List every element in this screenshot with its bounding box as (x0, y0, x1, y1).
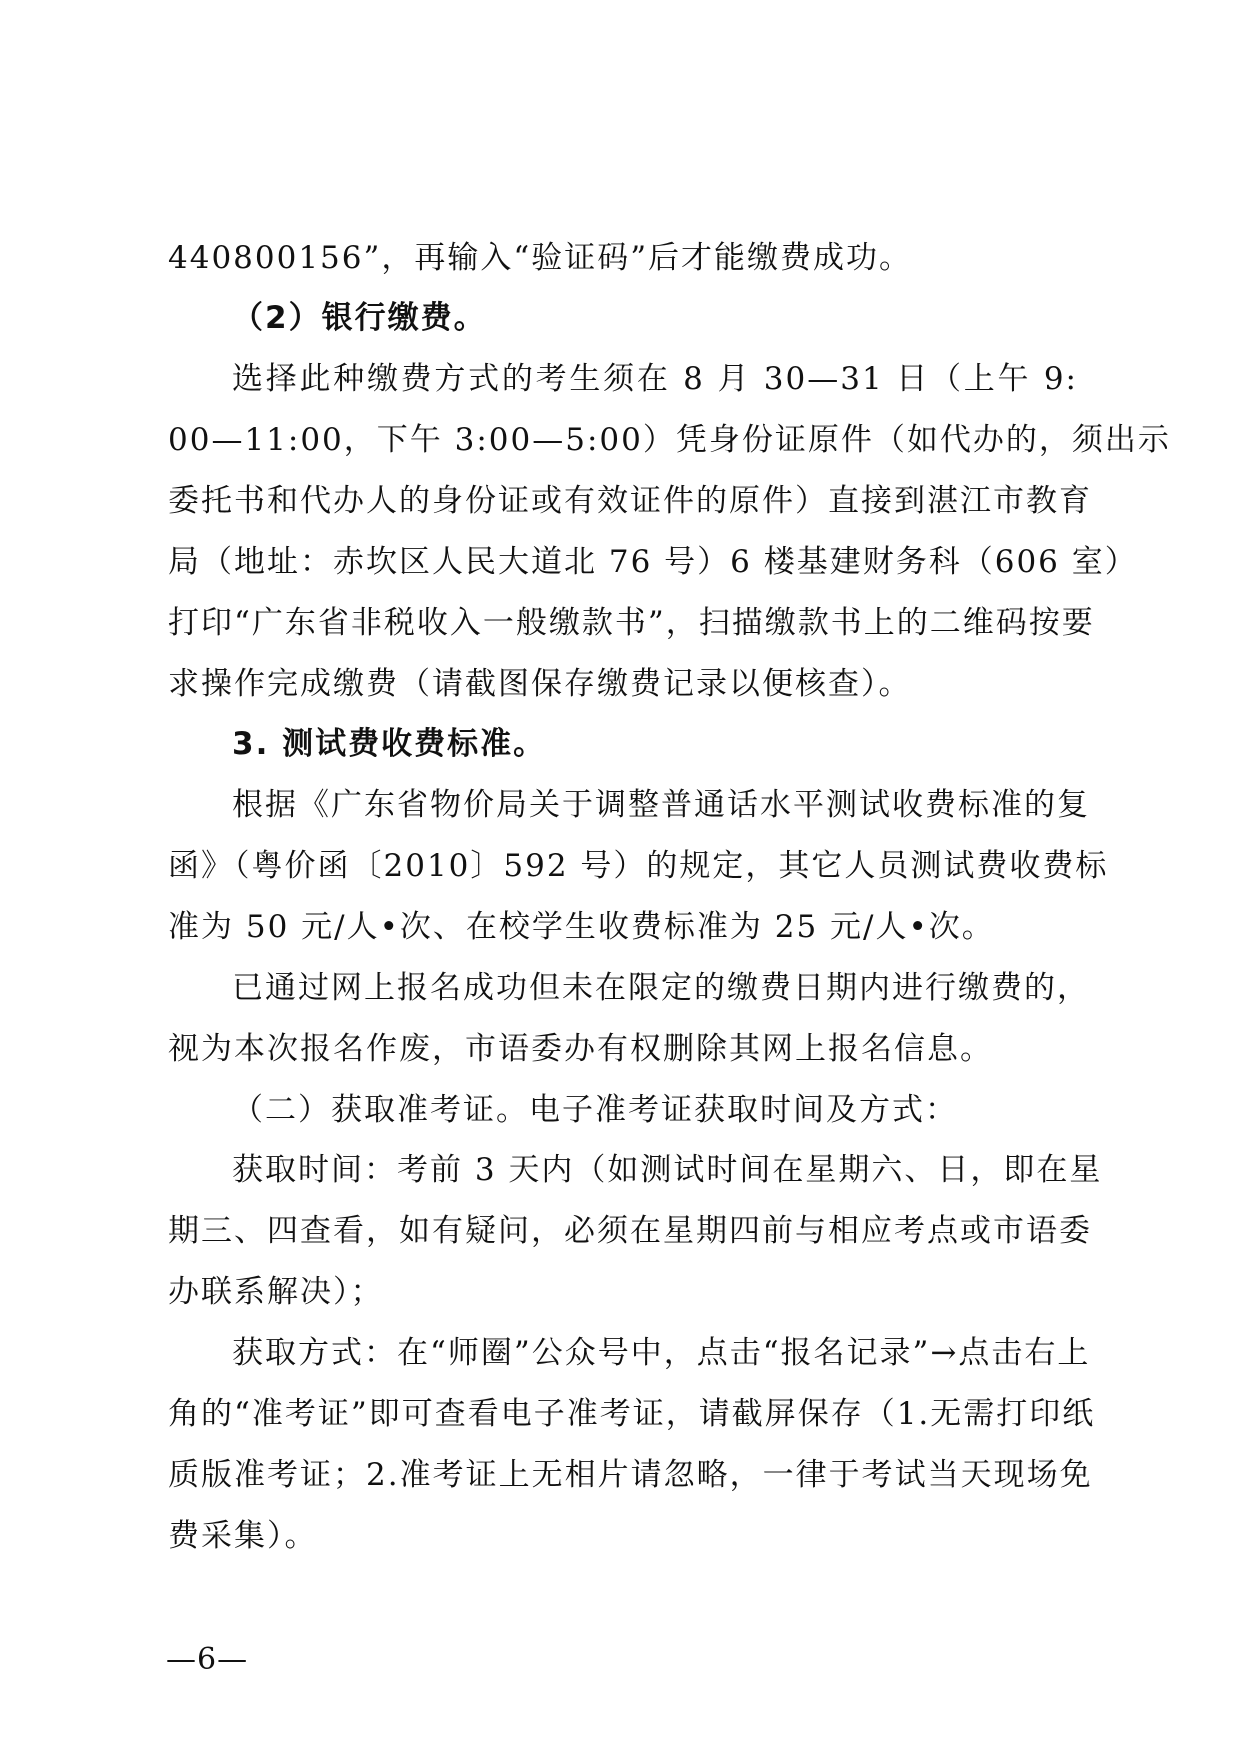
paragraph-line: 质版准考证；2.准考证上无相片请忽略，一律于考试当天现场免 (168, 1453, 1078, 1497)
paragraph-line: 角的“准考证”即可查看电子准考证，请截屏保存（1.无需打印纸 (168, 1392, 1078, 1436)
paragraph-line: 440800156”，再输入“验证码”后才能缴费成功。 (168, 236, 1078, 280)
paragraph-line: 期三、四查看，如有疑问，必须在星期四前与相应考点或市语委 (168, 1209, 1078, 1253)
paragraph-line: 00—11:00，下午 3:00—5:00）凭身份证原件（如代办的，须出示 (168, 418, 1078, 462)
paragraph-line: 局（地址：赤坎区人民大道北 76 号）6 楼基建财务科（606 室） (168, 540, 1078, 584)
section-heading: 3. 测试费收费标准。 (232, 722, 1078, 766)
paragraph-line: 求操作完成缴费（请截图保存缴费记录以便核查）。 (168, 662, 1078, 706)
paragraph-line: 费采集）。 (168, 1514, 1078, 1558)
paragraph-line: 获取方式：在“师圈”公众号中，点击“报名记录”→点击右上 (232, 1331, 1078, 1375)
paragraph-line: 函》（粤价函〔2010〕592 号）的规定，其它人员测试费收费标 (168, 844, 1078, 888)
paragraph-line: 已通过网上报名成功但未在限定的缴费日期内进行缴费的， (232, 966, 1078, 1010)
page-number: —6— (166, 1642, 248, 1677)
paragraph-line: 办联系解决）； (168, 1270, 1078, 1314)
paragraph-line: 选择此种缴费方式的考生须在 8 月 30—31 日（上午 9: (232, 357, 1078, 401)
paragraph-line: 视为本次报名作废，市语委办有权删除其网上报名信息。 (168, 1027, 1078, 1071)
paragraph-line: 打印“广东省非税收入一般缴款书”，扫描缴款书上的二维码按要 (168, 601, 1078, 645)
section-heading: （2）银行缴费。 (232, 296, 1078, 340)
paragraph-line: 根据《广东省物价局关于调整普通话水平测试收费标准的复 (232, 783, 1078, 827)
document-page: 440800156”，再输入“验证码”后才能缴费成功。（2）银行缴费。选择此种缴… (0, 0, 1240, 1754)
paragraph-line: 委托书和代办人的身份证或有效证件的原件）直接到湛江市教育 (168, 479, 1078, 523)
paragraph-line: 准为 50 元/人•次、在校学生收费标准为 25 元/人•次。 (168, 905, 1078, 949)
paragraph-line: （二）获取准考证。电子准考证获取时间及方式： (232, 1088, 1078, 1132)
paragraph-line: 获取时间：考前 3 天内（如测试时间在星期六、日，即在星 (232, 1148, 1078, 1192)
